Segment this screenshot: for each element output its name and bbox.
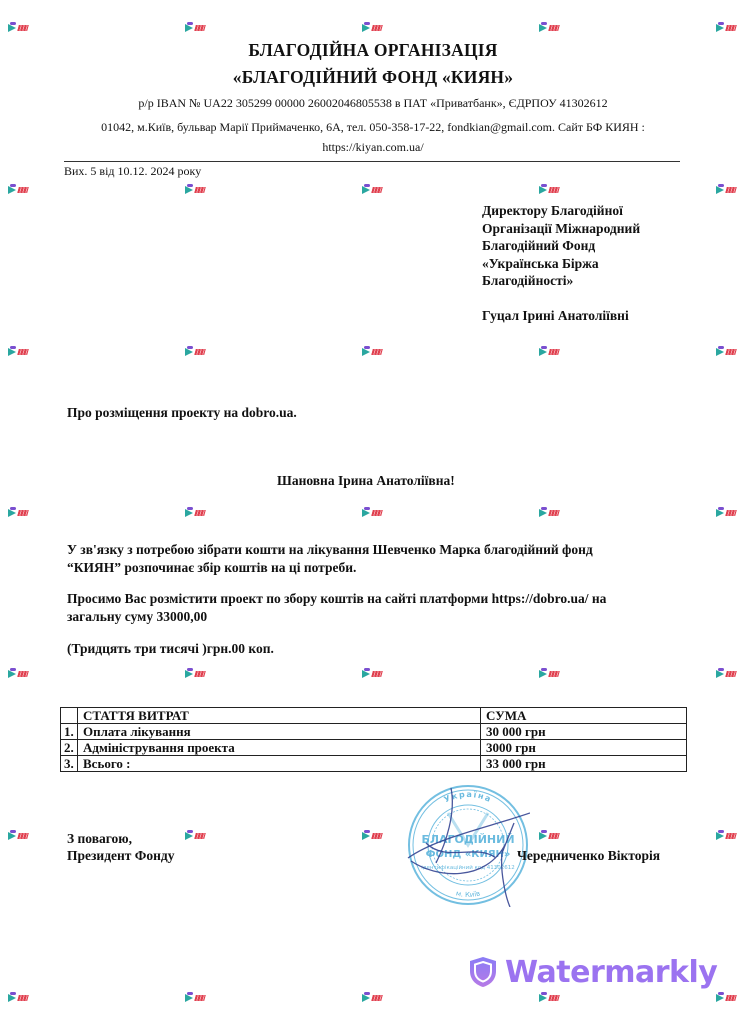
- arrow-m-logo-icon: [716, 509, 738, 517]
- recipient-line: Благодійності»: [482, 272, 640, 290]
- arrow-m-logo-icon: [539, 832, 561, 840]
- table-row: 3. Всього : 33 000 грн: [61, 756, 687, 772]
- bank-details: р/р IBAN № UA22 305299 00000 26002046805…: [0, 96, 746, 111]
- arrow-m-logo-icon: [362, 832, 384, 840]
- arrow-m-logo-icon: [539, 670, 561, 678]
- arrow-m-logo-icon: [362, 994, 384, 1002]
- table-row: 1. Оплата лікування 30 000 грн: [61, 724, 687, 740]
- arrow-m-logo-icon: [716, 24, 738, 32]
- recipient-block: Директору Благодійної Організації Міжнар…: [482, 202, 640, 324]
- arrow-m-logo-icon: [362, 670, 384, 678]
- watermarkly-overlay: Watermarkly: [469, 952, 717, 992]
- salutation: Шановна Ірина Анатоліївна!: [277, 472, 455, 490]
- arrow-m-logo-icon: [8, 670, 30, 678]
- arrow-m-logo-icon: [716, 348, 738, 356]
- arrow-m-logo-icon: [539, 994, 561, 1002]
- org-type-heading: БЛАГОДІЙНА ОРГАНІЗАЦІЯ: [0, 40, 746, 61]
- arrow-m-logo-icon: [362, 348, 384, 356]
- arrow-m-logo-icon: [362, 186, 384, 194]
- arrow-m-logo-icon: [185, 24, 207, 32]
- table-row: 2. Адміністрування проекта 3000 грн: [61, 740, 687, 756]
- arrow-m-logo-icon: [8, 832, 30, 840]
- arrow-m-logo-icon: [185, 509, 207, 517]
- arrow-m-logo-icon: [8, 994, 30, 1002]
- arrow-m-logo-icon: [539, 348, 561, 356]
- table-header-row: СТАТТЯ ВИТРАТ СУМА: [61, 708, 687, 724]
- svg-text:Україна: Україна: [443, 790, 494, 804]
- svg-text:м. Київ: м. Київ: [455, 889, 481, 899]
- paragraph-1: У зв'язку з потребою зібрати кошти на лі…: [67, 541, 593, 577]
- arrow-m-logo-icon: [8, 348, 30, 356]
- amount-in-words: (Тридцять три тисячі )грн.00 коп.: [67, 640, 274, 658]
- arrow-m-logo-icon: [716, 994, 738, 1002]
- arrow-m-logo-icon: [185, 348, 207, 356]
- header-num: [61, 708, 78, 724]
- signatory-name: Чередниченко Вікторія: [517, 847, 660, 865]
- arrow-m-logo-icon: [716, 186, 738, 194]
- header-sum: СУМА: [481, 708, 687, 724]
- header-item: СТАТТЯ ВИТРАТ: [78, 708, 481, 724]
- outgoing-reference: Вих. 5 від 10.12. 2024 року: [64, 164, 201, 179]
- arrow-m-logo-icon: [8, 24, 30, 32]
- arrow-m-logo-icon: [539, 186, 561, 194]
- arrow-m-logo-icon: [185, 670, 207, 678]
- recipient-line: «Українська Біржа: [482, 255, 640, 273]
- recipient-line: Благодійний Фонд: [482, 237, 640, 255]
- paragraph-2: Просимо Вас розмістити проект по збору к…: [67, 590, 606, 626]
- subject-line: Про розміщення проекту на dobro.ua.: [67, 404, 297, 422]
- recipient-line: Організації Міжнародний: [482, 220, 640, 238]
- arrow-m-logo-icon: [362, 24, 384, 32]
- signatory-title: Президент Фонду: [67, 847, 175, 865]
- arrow-m-logo-icon: [185, 186, 207, 194]
- arrow-m-logo-icon: [185, 994, 207, 1002]
- website-link[interactable]: https://kiyan.com.ua/: [0, 140, 746, 155]
- arrow-m-logo-icon: [539, 509, 561, 517]
- arrow-m-logo-icon: [716, 832, 738, 840]
- cost-table: СТАТТЯ ВИТРАТ СУМА 1. Оплата лікування 3…: [60, 707, 687, 772]
- watermarkly-label: Watermarkly: [505, 955, 717, 990]
- header-divider: [64, 161, 680, 162]
- shield-icon: [469, 956, 497, 988]
- closing-phrase: З повагою,: [67, 830, 132, 848]
- address-details: 01042, м.Київ, бульвар Марії Приймаченко…: [0, 120, 746, 135]
- arrow-m-logo-icon: [8, 186, 30, 194]
- org-name-heading: «БЛАГОДІЙНИЙ ФОНД «КИЯН»: [0, 67, 746, 88]
- arrow-m-logo-icon: [716, 670, 738, 678]
- recipient-name: Гуцал Ірині Анатоліївні: [482, 307, 640, 325]
- arrow-m-logo-icon: [8, 509, 30, 517]
- svg-text:ідентифікаційний код 41302612: ідентифікаційний код 41302612: [421, 864, 515, 871]
- arrow-m-logo-icon: [185, 832, 207, 840]
- arrow-m-logo-icon: [362, 509, 384, 517]
- recipient-line: Директору Благодійної: [482, 202, 640, 220]
- organization-stamp-icon: Україна БЛАГОДІЙНИЙ ФОНД «КИЯН» ідентифі…: [406, 783, 530, 907]
- arrow-m-logo-icon: [539, 24, 561, 32]
